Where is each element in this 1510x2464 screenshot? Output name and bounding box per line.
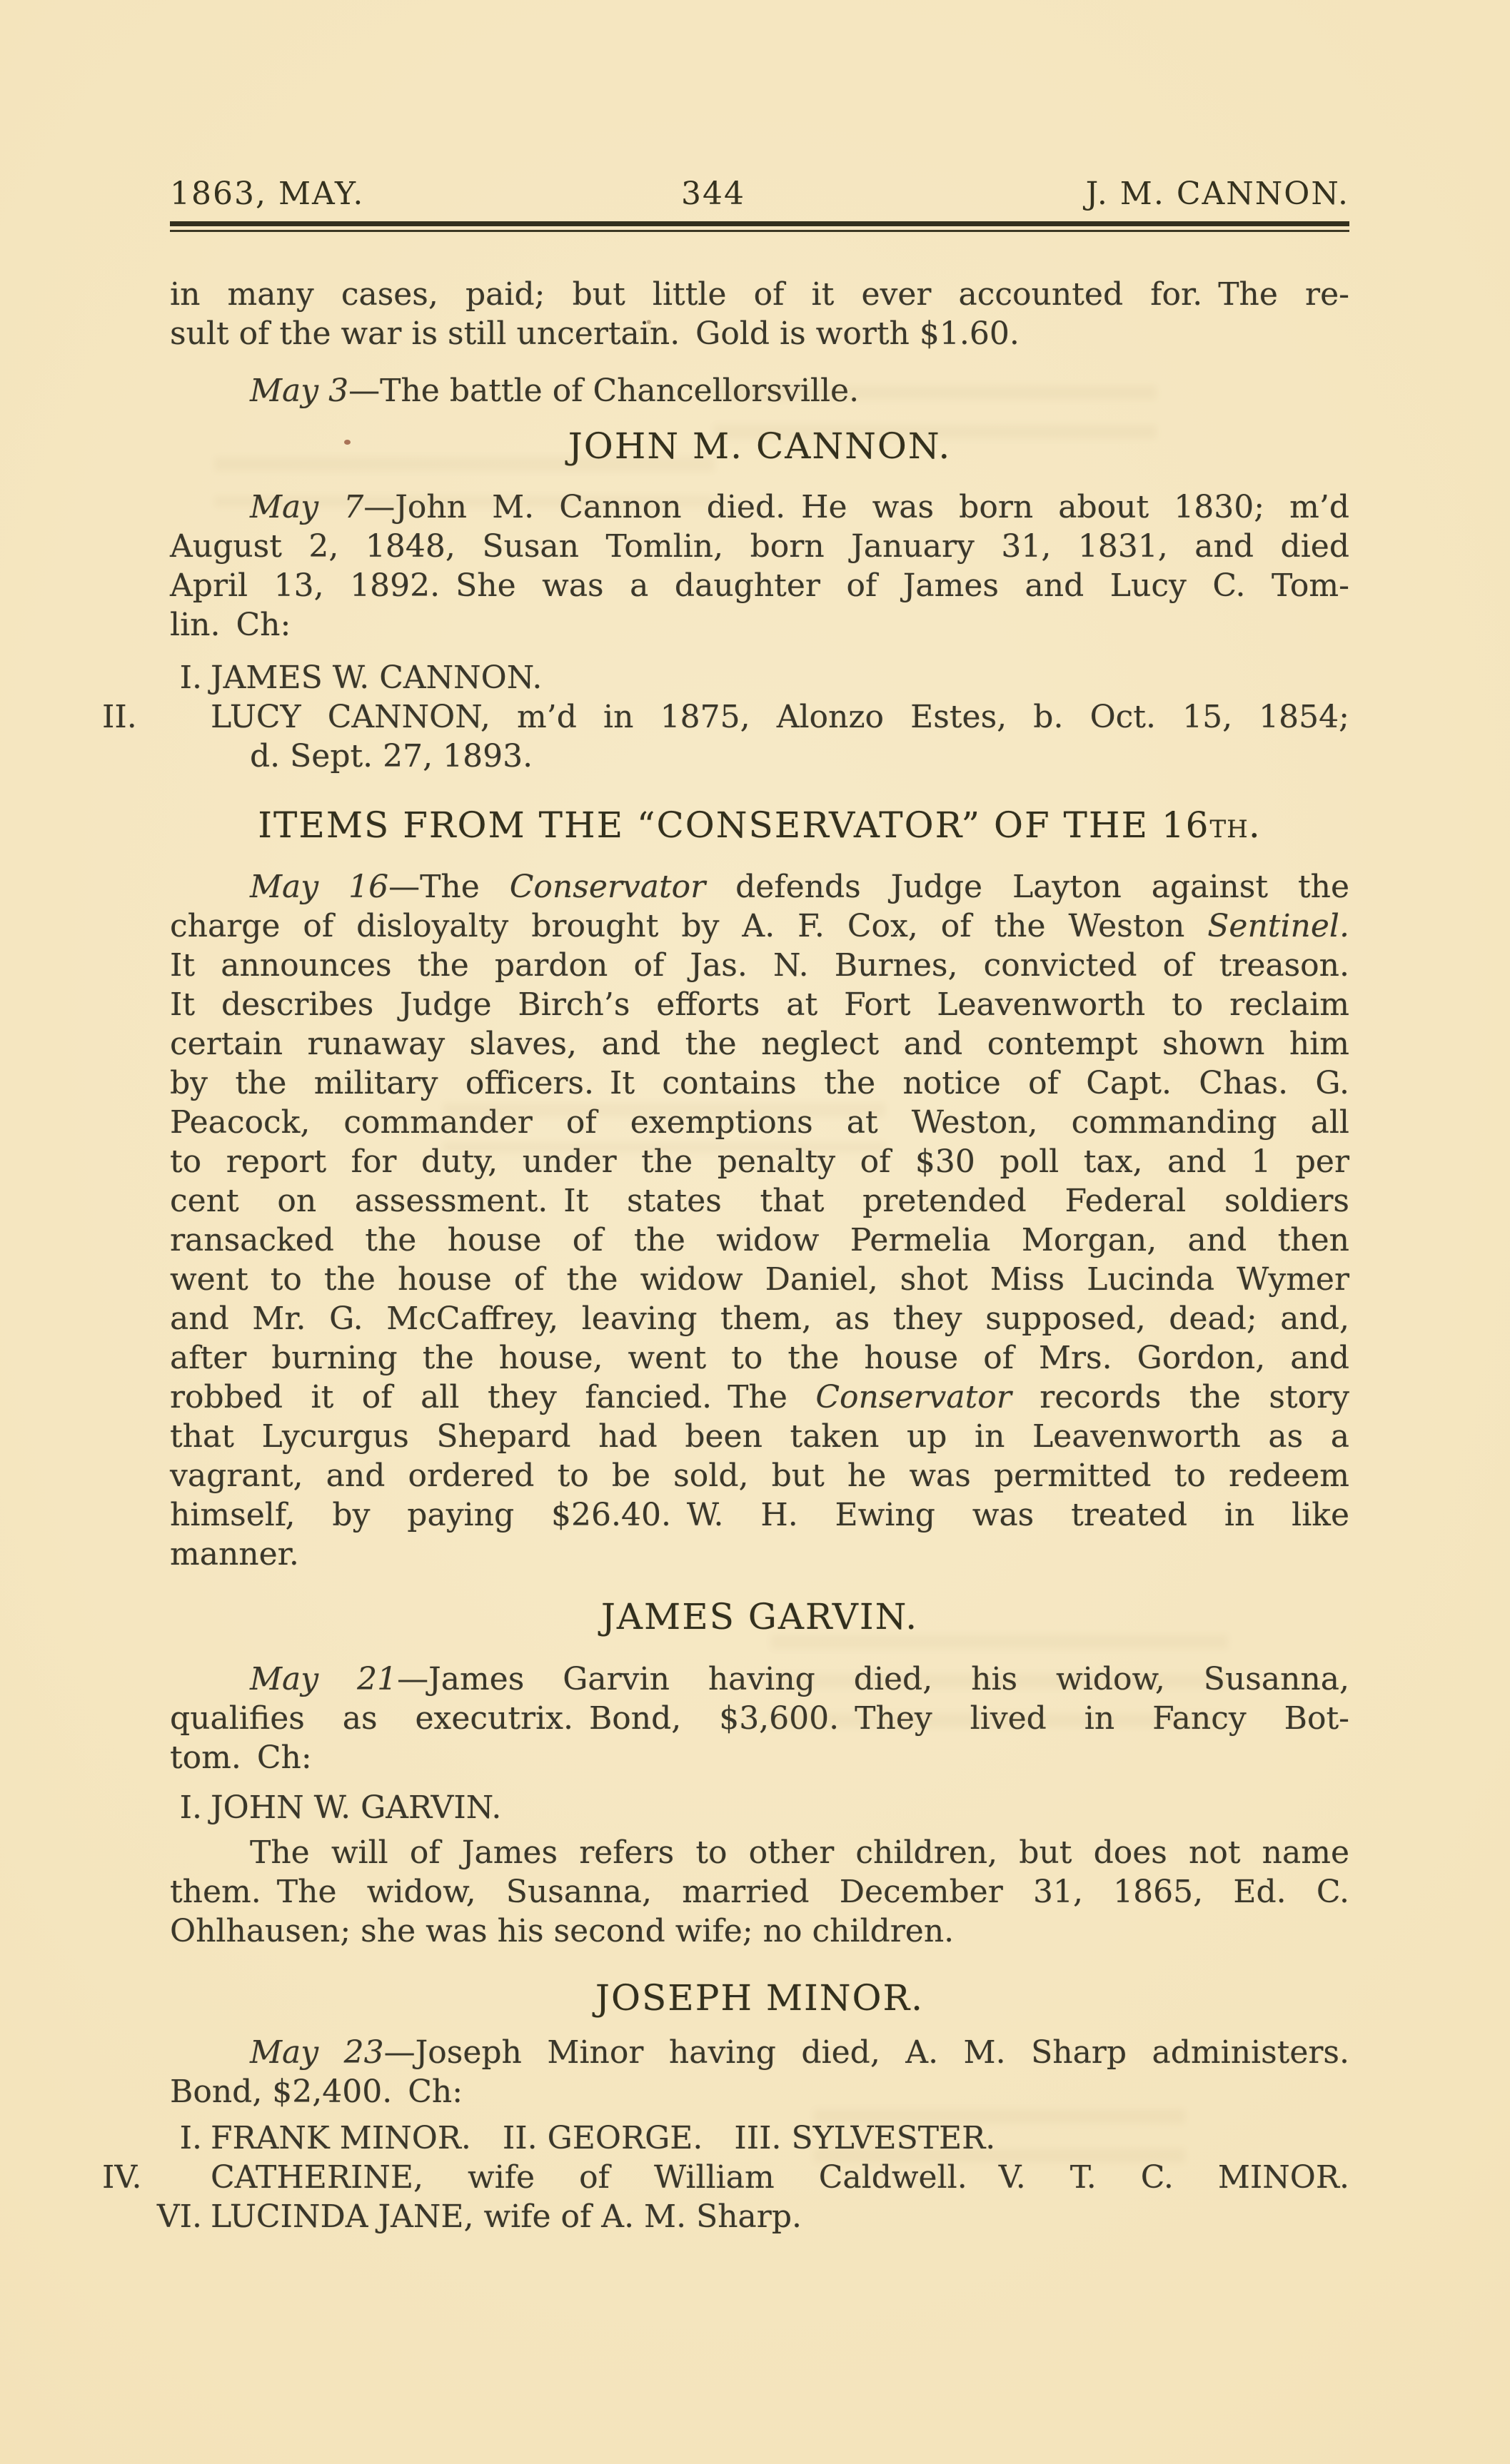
text-run: that Lycurgus Shepard had been taken up … [170,1418,1349,1455]
entry-may-7-line: May 7—John M. Cannon died. He was born a… [170,488,1349,527]
children-minor-line: VI.LUCINDA JANE, wife of A. M. Sharp. [170,2197,1349,2236]
text-run: Ohlhausen; she was his second wife; no c… [170,1913,954,1949]
text-run: CATHERINE, wife of William Caldwell. V. … [211,2159,1349,2196]
italic-text-run: May 23 [250,2034,384,2071]
text-run: lin. Ch: [170,607,291,643]
children-minor: I.FRANK MINOR. II. GEORGE. III. SYLVESTE… [170,2119,1349,2236]
children-cannon-line: II.LUCY CANNON, m’d in 1875, Alonzo Este… [170,697,1349,737]
page-body: in many cases, paid; but little of it ev… [170,275,1349,2236]
text-run: vagrant, and ordered to be sold, but he … [170,1458,1349,1494]
text-run: Bond, $2,400. Ch: [170,2074,463,2110]
header-rule [170,221,1349,232]
entry-may-3-line: May 3—The battle of Chancellorsville. [170,371,1349,410]
italic-text-run: May 3 [250,373,348,409]
children-cannon-line: d. Sept. 27, 1893. [170,737,1349,776]
text-run: LUCY CANNON, m’d in 1875, Alonzo Estes, … [211,699,1349,735]
text-run: cent on assessment. It states that prete… [170,1183,1349,1219]
text-run: —Joseph Minor having died, A. M. Sharp a… [384,2034,1349,2071]
entry-may-21: May 21—James Garvin having died, his wid… [170,1660,1349,1777]
text-run: JAMES GARVIN. [601,1596,918,1637]
text-run: ITEMS FROM THE “CONSERVATOR” OF THE 16 [258,804,1209,846]
note-garvin-will-line: them. The widow, Susanna, married Decemb… [170,1872,1349,1912]
children-garvin: I.JOHN W. GARVIN. [170,1788,1349,1827]
book-page: 1863, MAY. 344 J. M. CANNON. in many cas… [0,0,1510,2464]
intro-paragraph-line: sult of the war is still uncertain. Gold… [170,314,1349,353]
entry-may-16-line: vagrant, and ordered to be sold, but he … [170,1456,1349,1495]
entry-may-23: May 23—Joseph Minor having died, A. M. S… [170,2033,1349,2111]
text-run: JAMES W. CANNON. [211,660,542,696]
entry-may-16-line: May 16—The Conservator defends Judge Lay… [170,867,1349,907]
text-run: ransacked the house of the widow Permeli… [170,1222,1349,1258]
roman-numeral: I. [102,1788,202,1827]
entry-may-16-line: ransacked the house of the widow Permeli… [170,1221,1349,1260]
entry-may-16-line: himself, by paying $26.40. W. H. Ewing w… [170,1495,1349,1535]
text-run: defends Judge Layton against the [705,869,1349,905]
entry-may-23-line: Bond, $2,400. Ch: [170,2072,1349,2111]
text-run: in many cases, paid; but little of it ev… [170,276,1349,313]
text-run: sult of the war is still uncertain. Gold… [170,315,1020,352]
text-run: to report for duty, under the penalty of… [170,1143,1349,1180]
entry-may-16-line: It announces the pardon of Jas. N. Burne… [170,946,1349,985]
roman-numeral: VI. [102,2197,202,2236]
text-run: himself, by paying $26.40. W. H. Ewing w… [170,1497,1349,1533]
entry-may-16-line: It describes Judge Birch’s efforts at Fo… [170,985,1349,1024]
children-garvin-line: I.JOHN W. GARVIN. [170,1788,1349,1827]
children-cannon: I.JAMES W. CANNON.II.LUCY CANNON, m’d in… [170,658,1349,776]
intro-paragraph-line: in many cases, paid; but little of it ev… [170,275,1349,314]
text-run: after burning the house, went to the hou… [170,1340,1349,1376]
text-run: The will of James refers to other childr… [250,1834,1349,1871]
italic-text-run: May 16 [250,869,388,905]
entry-may-16-line: cent on assessment. It states that prete… [170,1181,1349,1221]
text-run: charge of disloyalty brought by A. F. Co… [170,908,1207,944]
text-run: TH [1210,815,1249,844]
entry-may-23-line: May 23—Joseph Minor having died, A. M. S… [170,2033,1349,2072]
text-run: Peacock, commander of exemptions at West… [170,1104,1349,1141]
text-run: d. Sept. 27, 1893. [250,738,533,774]
entry-may-16-line: robbed it of all they fancied. The Conse… [170,1378,1349,1417]
heading-john-m-cannon: JOHN M. CANNON. [170,427,1349,466]
entry-may-7: May 7—John M. Cannon died. He was born a… [170,488,1349,645]
text-run: . [1249,804,1262,846]
note-garvin-will: The will of James refers to other childr… [170,1833,1349,1951]
text-run: and Mr. G. McCaffrey, leaving them, as t… [170,1301,1349,1337]
entry-may-7-line: April 13, 1892. She was a daughter of Ja… [170,566,1349,605]
entry-may-7-line: lin. Ch: [170,605,1349,645]
text-run: them. The widow, Susanna, married Decemb… [170,1874,1349,1910]
text-run: certain runaway slaves, and the neglect … [170,1026,1349,1062]
entry-may-21-line: tom. Ch: [170,1738,1349,1777]
text-run: FRANK MINOR. II. GEORGE. III. SYLVESTER. [211,2120,995,2156]
entry-may-16-line: certain runaway slaves, and the neglect … [170,1024,1349,1064]
italic-text-run: Sentinel. [1207,908,1349,944]
italic-text-run: Conservator [815,1379,1011,1415]
text-run: April 13, 1892. She was a daughter of Ja… [170,567,1349,604]
text-run: JOSEPH MINOR. [595,1977,924,2019]
entry-may-7-line: August 2, 1848, Susan Tomlin, born Janua… [170,527,1349,566]
entry-may-16-line: Peacock, commander of exemptions at West… [170,1103,1349,1142]
text-run: —The [388,869,510,905]
intro-paragraph: in many cases, paid; but little of it ev… [170,275,1349,353]
entry-may-16-line: to report for duty, under the penalty of… [170,1142,1349,1181]
italic-text-run: May 21 [250,1661,397,1697]
text-run: —The battle of Chancellorsville. [348,373,859,409]
text-run: by the military officers. It contains th… [170,1065,1349,1101]
text-run: robbed it of all they fancied. The [170,1379,815,1415]
entry-may-16-line: that Lycurgus Shepard had been taken up … [170,1417,1349,1456]
text-run: —James Garvin having died, his widow, Su… [397,1661,1349,1697]
entry-may-3: May 3—The battle of Chancellorsville. [170,371,1349,410]
roman-numeral: IV. [102,2158,202,2197]
text-run: It announces the pardon of Jas. N. Burne… [170,947,1349,984]
text-run: It describes Judge Birch’s efforts at Fo… [170,986,1349,1023]
children-minor-line: IV.CATHERINE, wife of William Caldwell. … [170,2158,1349,2197]
entry-may-16: May 16—The Conservator defends Judge Lay… [170,867,1349,1574]
entry-may-16-line: by the military officers. It contains th… [170,1064,1349,1103]
text-run: August 2, 1848, Susan Tomlin, born Janua… [170,528,1349,565]
heading-james-garvin: JAMES GARVIN. [170,1597,1349,1637]
entry-may-16-line: and Mr. G. McCaffrey, leaving them, as t… [170,1299,1349,1338]
roman-numeral: II. [102,697,202,737]
text-run: went to the house of the widow Daniel, s… [170,1261,1349,1298]
text-run: JOHN W. GARVIN. [211,1789,501,1826]
heading-conservator-items: ITEMS FROM THE “CONSERVATOR” OF THE 16TH… [170,806,1349,849]
entry-may-21-line: qualifies as executrix. Bond, $3,600. Th… [170,1699,1349,1738]
entry-may-16-line: went to the house of the widow Daniel, s… [170,1260,1349,1299]
italic-text-run: Conservator [510,869,705,905]
heading-joseph-minor: JOSEPH MINOR. [170,1979,1349,2018]
text-run: manner. [170,1536,299,1572]
italic-text-run: May 7 [250,489,363,525]
children-minor-line: I.FRANK MINOR. II. GEORGE. III. SYLVESTE… [170,2119,1349,2158]
note-garvin-will-line: Ohlhausen; she was his second wife; no c… [170,1912,1349,1951]
text-run: tom. Ch: [170,1740,312,1776]
entry-may-16-line: charge of disloyalty brought by A. F. Co… [170,907,1349,946]
text-run: LUCINDA JANE, wife of A. M. Sharp. [211,2198,802,2235]
entry-may-21-line: May 21—James Garvin having died, his wid… [170,1660,1349,1699]
roman-numeral: I. [102,2119,202,2158]
note-garvin-will-line: The will of James refers to other childr… [170,1833,1349,1872]
entry-may-16-line: manner. [170,1535,1349,1574]
entry-may-16-line: after burning the house, went to the hou… [170,1338,1349,1378]
text-run: records the story [1012,1379,1349,1415]
text-run: —John M. Cannon died. He was born about … [363,489,1349,525]
header-title: J. M. CANNON. [1086,176,1349,213]
text-run: qualifies as executrix. Bond, $3,600. Th… [170,1700,1349,1737]
children-cannon-line: I.JAMES W. CANNON. [170,658,1349,697]
text-run: JOHN M. CANNON. [568,425,952,467]
roman-numeral: I. [102,658,202,697]
